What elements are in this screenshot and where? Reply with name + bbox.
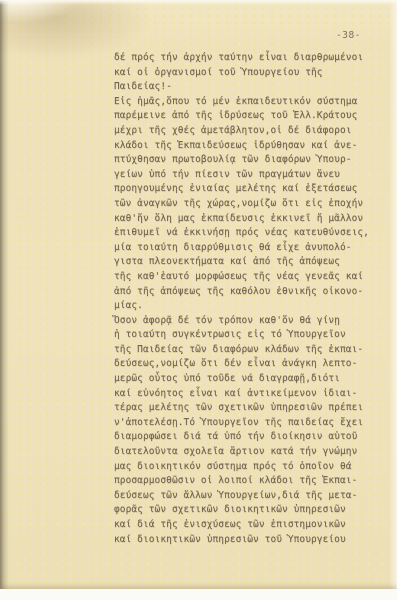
text-line: τῆς Παιδείας τῶν διαφόρων κλάδων τῆς ἐκπ…	[114, 343, 382, 358]
text-line: ἡ τοιαύτη συγκέντρωσις εἰς τό Ὑπουργεῖον	[114, 328, 382, 343]
text-line: μας διοικητικόν σύστημα πρός τό ὁποῖον θ…	[114, 460, 382, 475]
page-number: -38-	[336, 30, 361, 41]
text-line: προσαρμοσθῶσιν οἱ λοιποί κλάδοι τῆς Ἐκπα…	[114, 474, 382, 489]
text-line: γείων ὑπό τήν πίεσιν τῶν πραγμάτων ἄνευ	[114, 168, 382, 183]
text-line: καί εὐνόητος εἶναι καί ἀντικείμενον ἰδια…	[114, 387, 382, 402]
text-line: διαμορφώσει διά τά ὑπό τήν διοίκησιν αὐτ…	[114, 430, 382, 445]
text-line: μερῶς οὗτος ὑπό τοῦδε νά διαγραφῇ,διότι	[114, 372, 382, 387]
text-line: Ὅσον ἀφορᾷ δέ τόν τρόπον καθ'ὅν θά γίνῃ	[114, 314, 382, 329]
text-line: γιστα πλεονεκτήματα καί ἀπό τῆς ἀπόψεως	[114, 255, 382, 270]
text-line: παρέμεινε ἀπό τῆς ἱδρύσεως τοῦ Ἑλλ.Κράτο…	[114, 109, 382, 124]
text-line: φορᾶς τῶν σχετικῶν διοικητικῶν ὑπηρεσιῶν	[114, 503, 382, 518]
text-line: καί διά τῆς ἐνισχύσεως τῶν ἐπιστημονικῶν	[114, 518, 382, 533]
text-line: πτύχθησαν πρωτοβουλίᾳ τῶν διαφόρων Ὑπουρ…	[114, 153, 382, 168]
text-line: ἐπιθυμεῖ νά ἐκκινήσῃ πρός νέας κατευθύνσ…	[114, 226, 382, 241]
text-line: ν'ἀποτελέσῃ.Τό Ὑπουργεῖον τῆς παιδείας ἔ…	[114, 416, 382, 431]
text-line: δεύσεως,νομίζω ὅτι δέν εἶναι ἀνάγκη λεπτ…	[114, 357, 382, 372]
text-line: ἀπό τῆς ἀπόψεως τῆς καθόλου ἐθνικῆς οἰκο…	[114, 285, 382, 300]
bottom-scan-margin	[0, 589, 397, 600]
text-line: δεύσεως τῶν ἄλλων Ὑπουργείων,διά τῆς μετ…	[114, 489, 382, 504]
text-line: καθ'ἥν ὅλη μας ἐκπαίδευσις ἐκκινεῖ ἤ μᾶλ…	[114, 212, 382, 227]
text-line: μίας.	[114, 299, 382, 314]
text-line: μία τοιαύτη διαρρύθμισις θά εἶχε ἀνυπολό…	[114, 241, 382, 256]
text-line: δέ πρός τήν ἀρχήν ταύτην εἶναι διαρθρωμέ…	[114, 51, 382, 66]
text-line: τέρας μελέτης τῶν σχετικῶν ὑπηρεσιῶν πρέ…	[114, 401, 382, 416]
text-line: κλάδοι τῆς Ἐκπαιδεύσεως ἱδρύθησαν καί ἀν…	[114, 139, 382, 154]
text-line: τῶν ἀναγκῶν τῆς χώρας,νομίζω ὅτι εἰς ἐπο…	[114, 197, 382, 212]
text-line: Εἰς ἡμᾶς,ὅπου τό μέν ἐκπαιδευτικόν σύστη…	[114, 95, 382, 110]
text-line: τῆς καθ'ἑαυτό μορφώσεως τῆς νέας γενεᾶς …	[114, 270, 382, 285]
text-line: μέχρι τῆς χθές ἀμετάβλητον,οἱ δέ διάφορο…	[114, 124, 382, 139]
scanned-document-page: -38- δέ πρός τήν ἀρχήν ταύτην εἶναι διαρ…	[0, 0, 397, 600]
text-line: προηγουμένης ἑνιαίας μελέτης καί ἐξετάσε…	[114, 182, 382, 197]
text-line: καί οἱ ὀργανισμοί τοῦ Ὑπουργείου τῆς	[114, 66, 382, 81]
typewritten-text-block: δέ πρός τήν ἀρχήν ταύτην εἶναι διαρθρωμέ…	[114, 51, 382, 547]
text-line: διατελοῦντα σχολεῖα ἄρτιον κατά τήν γνώμ…	[114, 445, 382, 460]
text-line: Παιδείας!-	[114, 80, 382, 95]
text-line: καί διοικητικῶν ὑπηρεσιῶν τοῦ Ὑπουργείου	[114, 533, 382, 548]
